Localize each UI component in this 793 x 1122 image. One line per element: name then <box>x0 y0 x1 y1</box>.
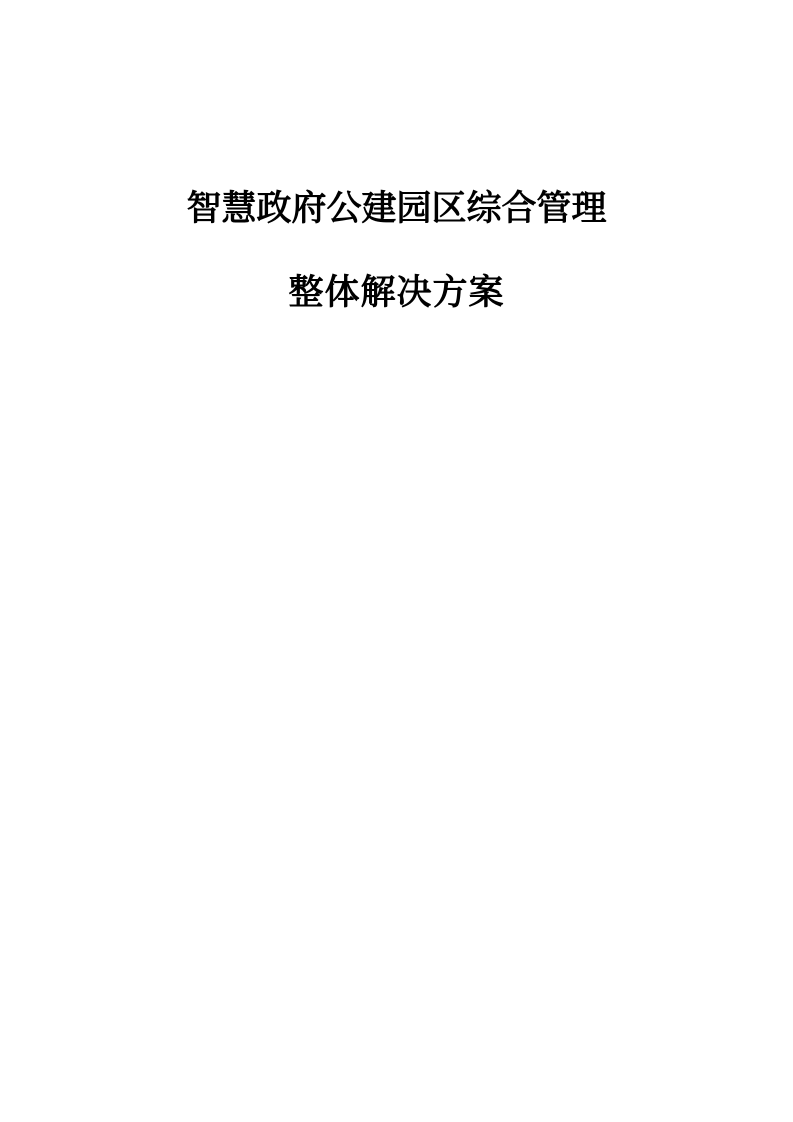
document-title-line-2: 整体解决方案 <box>0 275 793 310</box>
document-title-line-1: 智慧政府公建园区综合管理 <box>0 191 793 226</box>
document-page: 智慧政府公建园区综合管理 整体解决方案 <box>0 0 793 1122</box>
